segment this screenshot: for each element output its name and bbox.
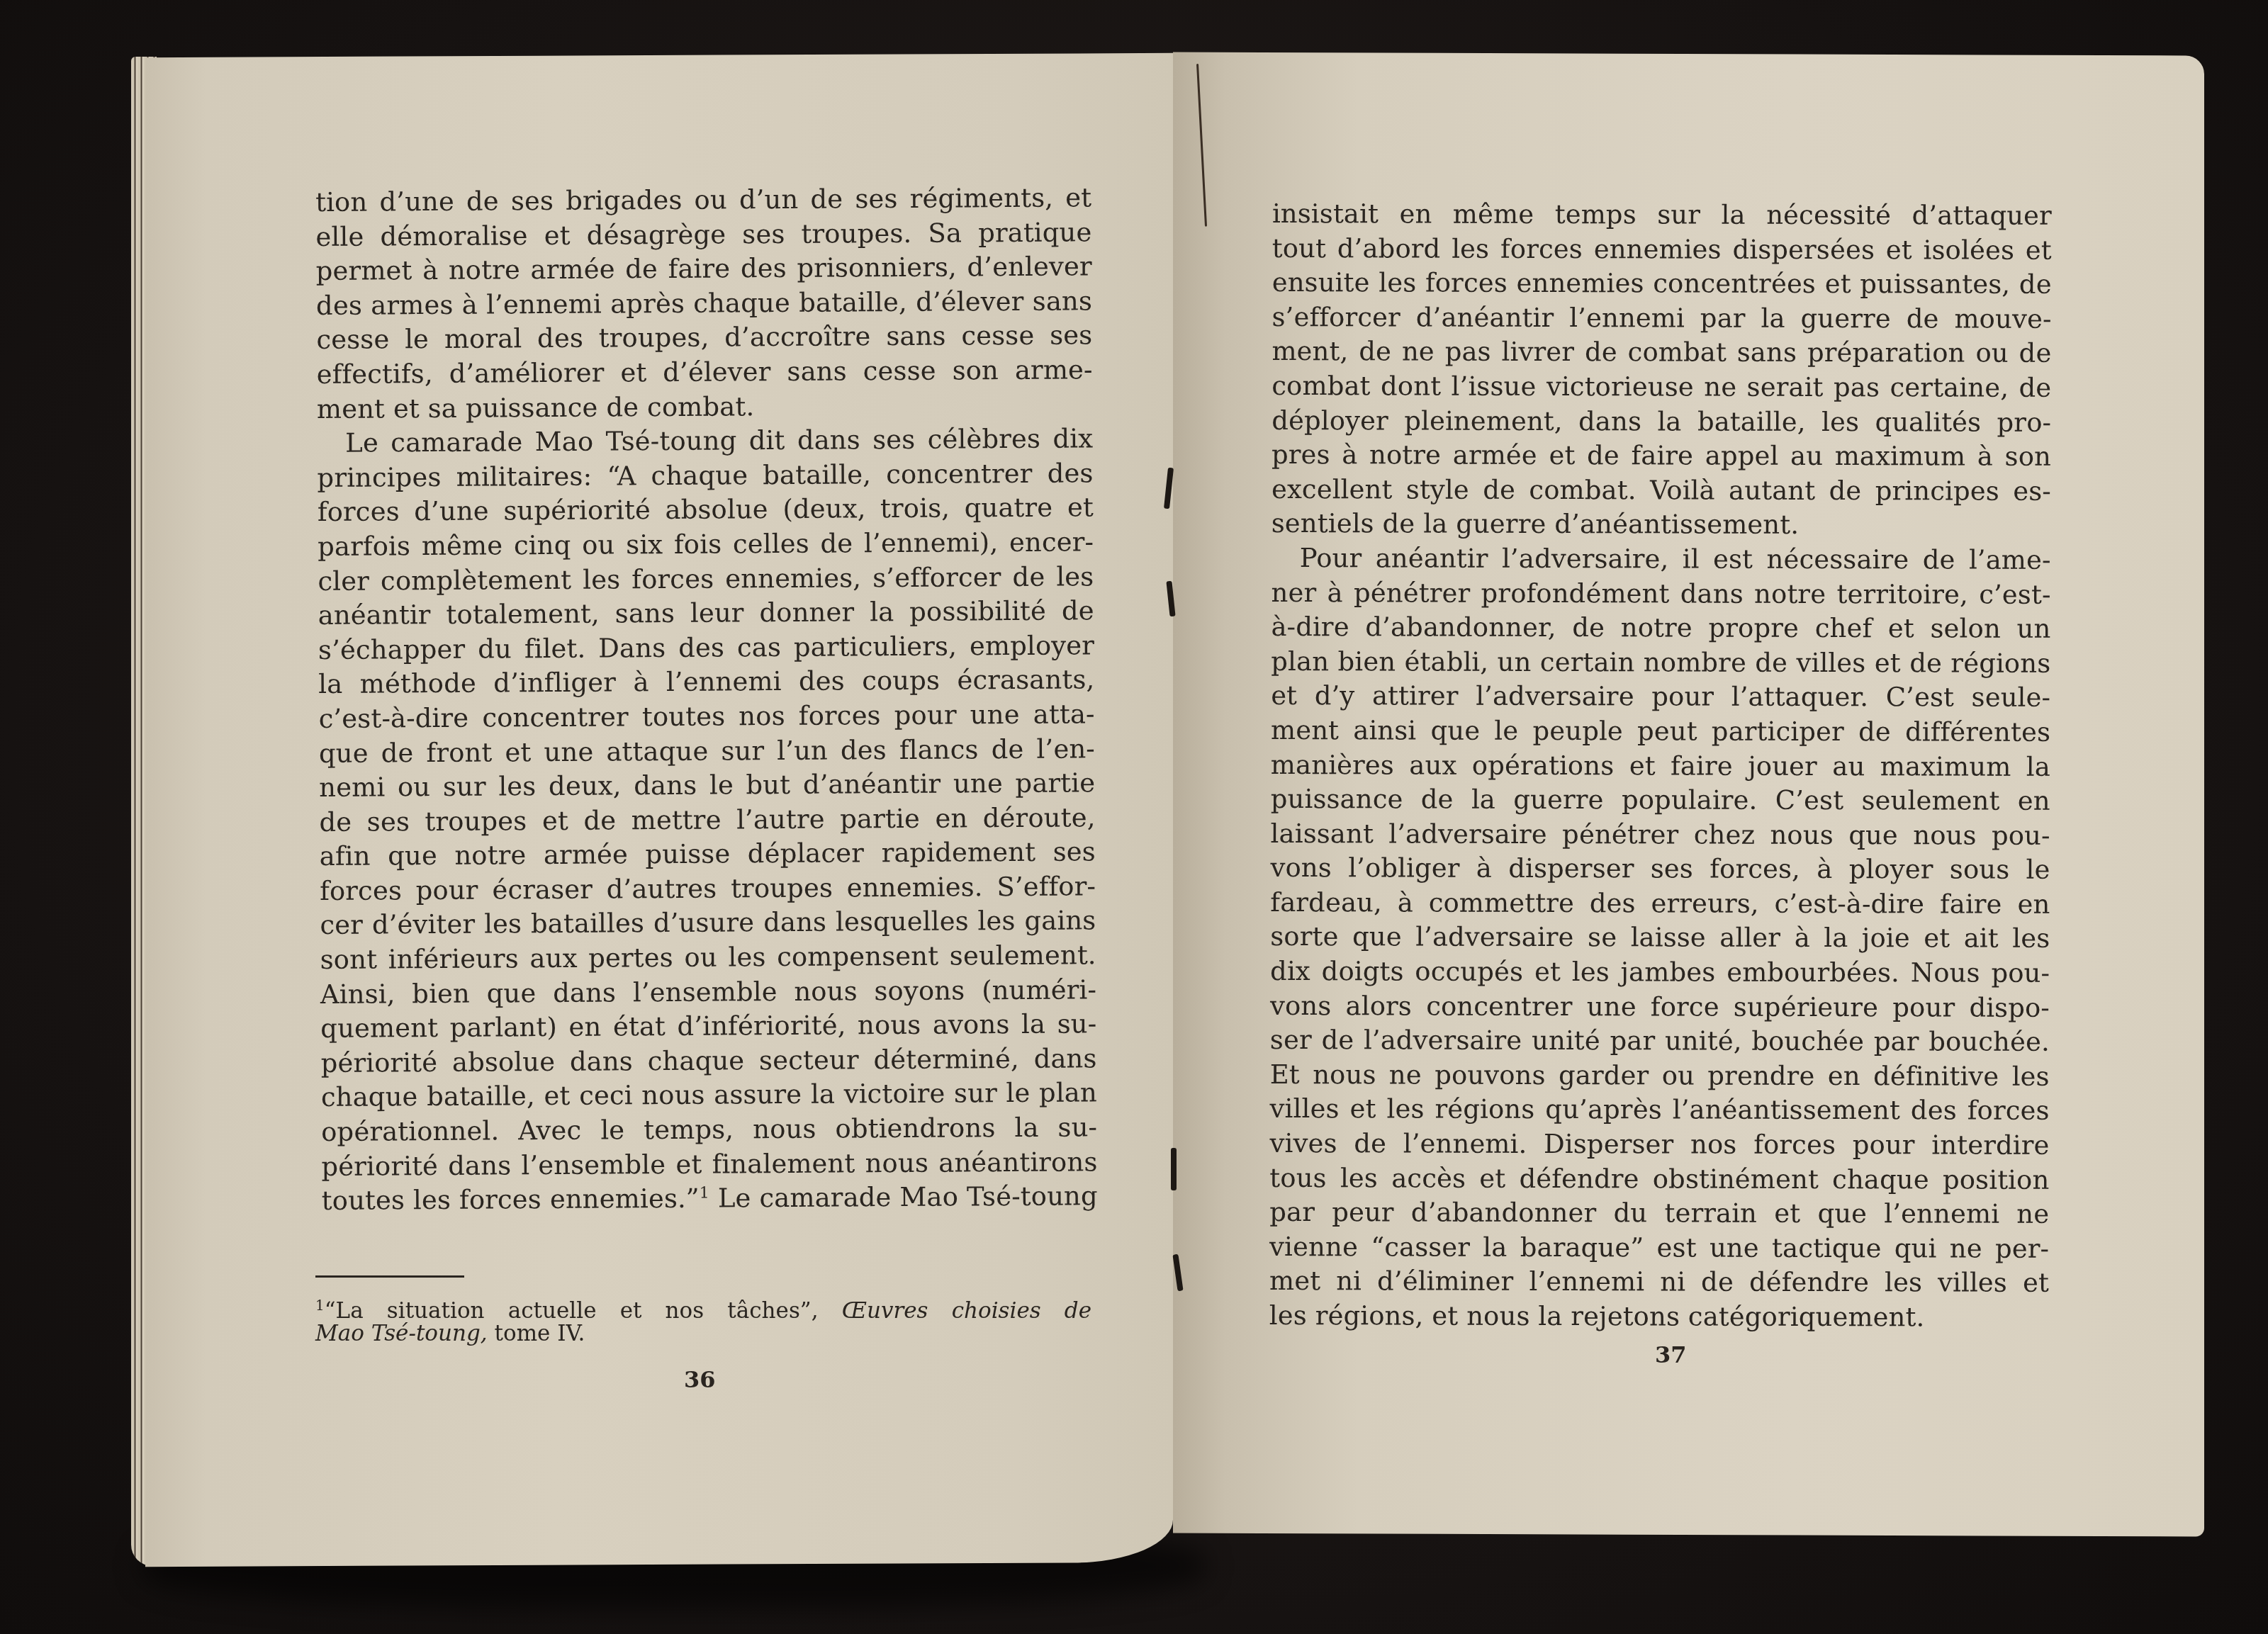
text-line: laissant l’adversaire pénétrer chez nous…	[1271, 817, 2050, 853]
text-line: ser de l’adversaire unité par unité, bou…	[1270, 1023, 2050, 1059]
text-line: puissance de la guerre populaire. C’est …	[1271, 782, 2050, 818]
text-line: principes militaires: “A chaque bataille…	[317, 456, 1093, 495]
text-line: effectifs, d’améliorer et d’élever sans …	[316, 353, 1092, 392]
page-number-right: 37	[1655, 1341, 1687, 1368]
footnote-text: tome IV.	[488, 1321, 585, 1346]
text-line: manières aux opérations et faire jouer a…	[1271, 748, 2050, 784]
page-number-left: 36	[684, 1366, 716, 1393]
text-line: cesse le moral des troupes, d’accroître …	[316, 319, 1092, 358]
text-line: Ainsi, bien que dans l’ensemble nous soy…	[320, 973, 1096, 1012]
text-line: cler complètement les forces ennemies, s…	[318, 560, 1094, 599]
text-line: vives de l’ennemi. Disperser nos forces …	[1269, 1127, 2049, 1163]
text-line: par peur d’abandonner du terrain et que …	[1269, 1195, 2049, 1232]
text-line: cer d’éviter les batailles d’usure dans …	[320, 904, 1096, 943]
paragraph-start: Le camarade Mao Tsé-toung dit dans ses c…	[317, 422, 1093, 461]
text-line: tous les accès et défendre obstinément c…	[1269, 1161, 2049, 1198]
text-line: c’est-à-dire concentrer toutes nos force…	[318, 697, 1094, 736]
text-line: insistait en même temps sur la nécessité…	[1272, 197, 2052, 233]
text-line: parfois même cinq ou six fois celles de …	[318, 525, 1094, 564]
text-line: s’efforcer d’anéantir l’ennemi par la gu…	[1271, 300, 2051, 337]
footnote: 1“La situation actuelle et nos tâches”, …	[315, 1291, 1091, 1348]
text-line: chaque bataille, et ceci nous assure la …	[321, 1076, 1097, 1115]
text-line: sorte que l’adversaire se laisse aller à…	[1270, 920, 2050, 956]
text-line: tion d’une de ses brigades ou d’un de se…	[315, 181, 1091, 220]
text-line: elle démoralise et désagrège ses troupes…	[315, 215, 1091, 254]
text-line: à-dire d’abandonner, de notre propre che…	[1271, 610, 2050, 646]
text-line: déployer pleinement, dans la bataille, l…	[1271, 404, 2051, 440]
text-line: s’échapper du filet. Dans des cas partic…	[318, 629, 1094, 667]
text-fragment: toutes les forces ennemies.”	[322, 1183, 700, 1216]
text-line: périorité dans l’ensemble et finalement …	[321, 1145, 1097, 1184]
right-page-body: insistait en même temps sur la nécessité…	[1269, 197, 2052, 1335]
text-line: ment ainsi que le peuple peut participer…	[1271, 714, 2050, 750]
footnote-line: 1“La situation actuelle et nos tâches”, …	[315, 1291, 1091, 1319]
text-line: périorité absolue dans chaque secteur dé…	[320, 1042, 1096, 1081]
footnote-title: Œuvres choisies de	[842, 1298, 1091, 1324]
text-line: pres à notre armée et de faire appel au …	[1271, 438, 2051, 474]
text-line: ment, de ne pas livrer de combat sans pr…	[1271, 334, 2051, 371]
text-line: les régions, et nous la rejetons catégor…	[1269, 1299, 2049, 1335]
text-line: fardeau, à commettre des erreurs, c’est-…	[1270, 886, 2050, 922]
text-line: villes et les régions qu’après l’anéanti…	[1270, 1092, 2050, 1128]
text-line: quement parlant) en état d’infériorité, …	[320, 1008, 1096, 1047]
text-line: ensuite les forces ennemies concentrées …	[1272, 266, 2052, 302]
text-line: et d’y attirer l’adversaire pour l’attaq…	[1271, 679, 2050, 715]
staple-3	[1171, 1148, 1177, 1190]
text-line: excellent style de combat. Voilà autant …	[1271, 473, 2051, 509]
text-line: ner à pénétrer profondément dans notre t…	[1271, 576, 2050, 612]
footnote-mark: 1	[315, 1297, 325, 1314]
text-line: des armes à l’ennemi après chaque batail…	[316, 284, 1092, 323]
text-line: opérationnel. Avec le temps, nous obtien…	[321, 1110, 1097, 1149]
text-line: forces pour écraser d’autres troupes enn…	[320, 869, 1096, 908]
text-line: dix doigts occupés et les jambes embourb…	[1270, 954, 2050, 991]
text-line: que de front et une attaque sur l’un des…	[319, 732, 1095, 771]
text-line: afin que notre armée puisse déplacer rap…	[320, 835, 1096, 874]
footnote-title: Mao Tsé-toung,	[315, 1321, 488, 1346]
text-line: de ses troupes et de mettre l’autre part…	[319, 801, 1095, 840]
text-line: nemi ou sur les deux, dans le but d’anéa…	[319, 766, 1095, 805]
text-line: plan bien établi, un certain nombre de v…	[1271, 645, 2050, 681]
text-fragment: Le camarade Mao Tsé-toung	[709, 1181, 1098, 1214]
text-line: sentiels de la guerre d’anéantissement.	[1271, 507, 2051, 543]
text-line: anéantir totalement, sans leur donner la…	[318, 594, 1094, 633]
text-line-with-footnote-ref: toutes les forces ennemies.”1 Le camarad…	[322, 1180, 1098, 1219]
text-line: forces d’une supériorité absolue (deux, …	[318, 491, 1094, 530]
text-line: permet à notre armée de faire des prison…	[316, 249, 1092, 288]
text-line: vons l’obliger à disperser ses forces, à…	[1270, 851, 2050, 887]
text-line: vienne “casser la baraque” est une tacti…	[1269, 1230, 2049, 1266]
text-line: sont inférieurs aux pertes ou les compen…	[320, 938, 1096, 977]
paragraph-start: Pour anéantir l’adversaire, il est néces…	[1271, 541, 2051, 577]
text-line: tout d’abord les forces ennemies dispers…	[1272, 232, 2052, 268]
text-line: combat dont l’issue victorieuse ne serai…	[1271, 369, 2051, 405]
left-page-body: tion d’une de ses brigades ou d’un de se…	[315, 181, 1098, 1218]
footnote-reference: 1	[700, 1185, 709, 1202]
text-line: vons alors concentrer une force supérieu…	[1270, 989, 2050, 1025]
footnote-divider	[315, 1275, 464, 1278]
text-line: Et nous ne pouvons garder ou prendre en …	[1270, 1058, 2050, 1094]
text-line: met ni d’éliminer l’ennemi ni de défendr…	[1269, 1264, 2049, 1300]
text-line: ment et sa puissance de combat.	[317, 388, 1093, 427]
text-line: la méthode d’infliger à l’ennemi des cou…	[318, 663, 1094, 702]
